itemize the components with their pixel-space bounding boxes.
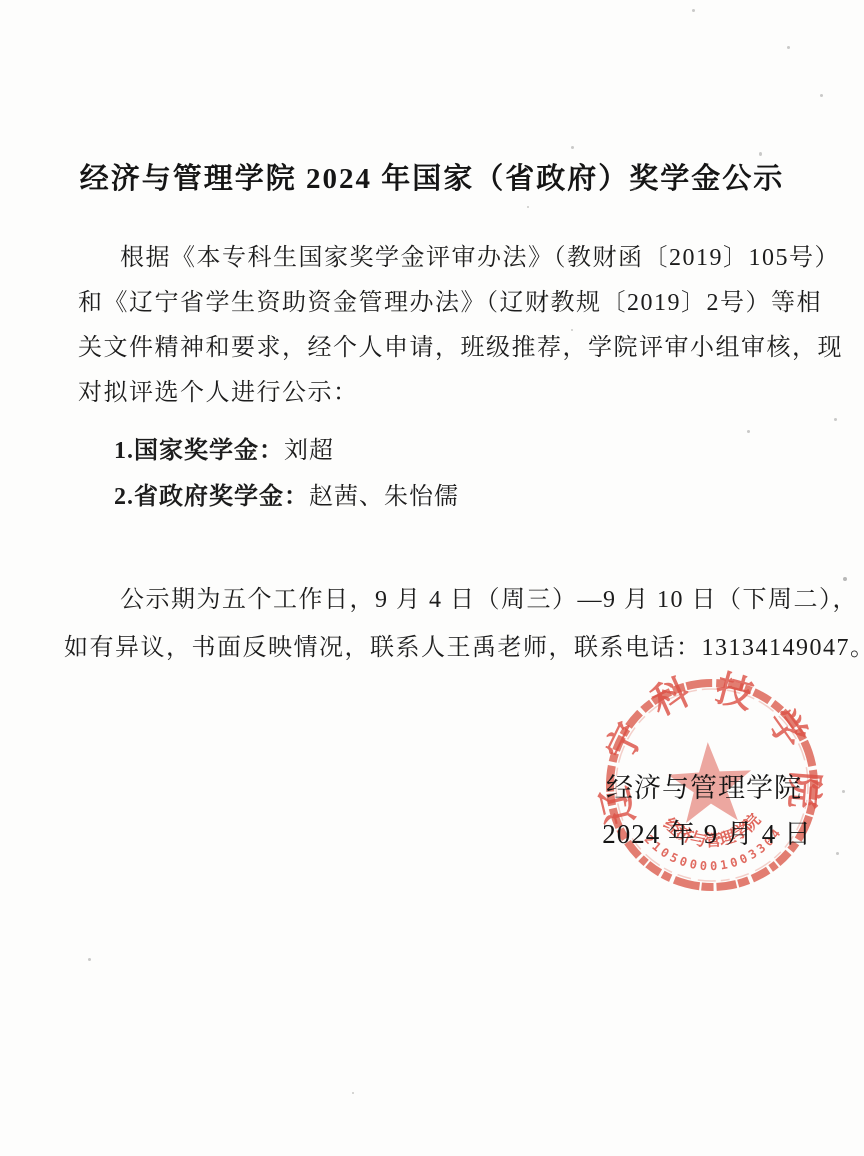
- award-names: 赵茜、朱怡儒: [309, 484, 459, 510]
- noise-speck: [820, 94, 823, 97]
- noise-speck: [571, 146, 574, 149]
- noise-speck: [633, 187, 636, 190]
- noise-speck: [759, 152, 762, 156]
- paragraph-line: 如有异议，书面反映情况，联系人王禹老师，联系电话：13134149047。: [64, 624, 804, 672]
- signature-date: 2024 年 9 月 4 日: [0, 818, 864, 850]
- award-item-provincial: 2.省政府奖学金：赵茜、朱怡儒: [114, 474, 864, 520]
- paragraph-line: 关文件精神和要求，经个人申请，班级推荐，学院评审小组审核，现: [78, 326, 794, 371]
- page-title: 经济与管理学院 2024 年国家（省政府）奖学金公示: [0, 156, 864, 202]
- paragraph-line: 根据《本专科生国家奖学金评审办法》（教财函〔2019〕105号）: [78, 236, 794, 281]
- award-names: 刘超: [284, 438, 334, 464]
- noise-speck: [843, 577, 847, 581]
- noise-speck: [88, 958, 91, 961]
- paragraph-line: 和《辽宁省学生资助资金管理办法》（辽财教规〔2019〕2号）等相: [78, 281, 794, 326]
- noise-speck: [352, 1092, 354, 1094]
- noise-speck: [834, 418, 837, 421]
- noise-speck: [787, 46, 790, 49]
- award-list: 1.国家奖学金：刘超 2.省政府奖学金：赵茜、朱怡儒: [0, 428, 864, 520]
- noise-speck: [571, 329, 573, 331]
- paragraph-line: 对拟评选个人进行公示：: [78, 371, 794, 416]
- signature-org: 经济与管理学院: [0, 772, 864, 804]
- noise-speck: [836, 852, 839, 855]
- noise-speck: [692, 9, 695, 12]
- scanned-announcement-page: 经济与管理学院 2024 年国家（省政府）奖学金公示 根据《本专科生国家奖学金评…: [0, 0, 864, 1156]
- award-label: 1.国家奖学金：: [114, 438, 284, 464]
- noise-speck: [747, 430, 750, 433]
- noise-speck: [527, 206, 529, 208]
- award-label: 2.省政府奖学金：: [114, 484, 309, 510]
- paragraph-line: 公示期为五个工作日，9 月 4 日（周三）—9 月 10 日（下周二），: [64, 576, 804, 624]
- noise-speck: [486, 337, 489, 340]
- intro-paragraph: 根据《本专科生国家奖学金评审办法》（教财函〔2019〕105号） 和《辽宁省学生…: [0, 236, 864, 416]
- notice-period-paragraph: 公示期为五个工作日，9 月 4 日（周三）—9 月 10 日（下周二）， 如有异…: [0, 576, 864, 672]
- signature-block: 经济与管理学院 2024 年 9 月 4 日: [0, 772, 864, 850]
- award-item-national: 1.国家奖学金：刘超: [114, 428, 864, 474]
